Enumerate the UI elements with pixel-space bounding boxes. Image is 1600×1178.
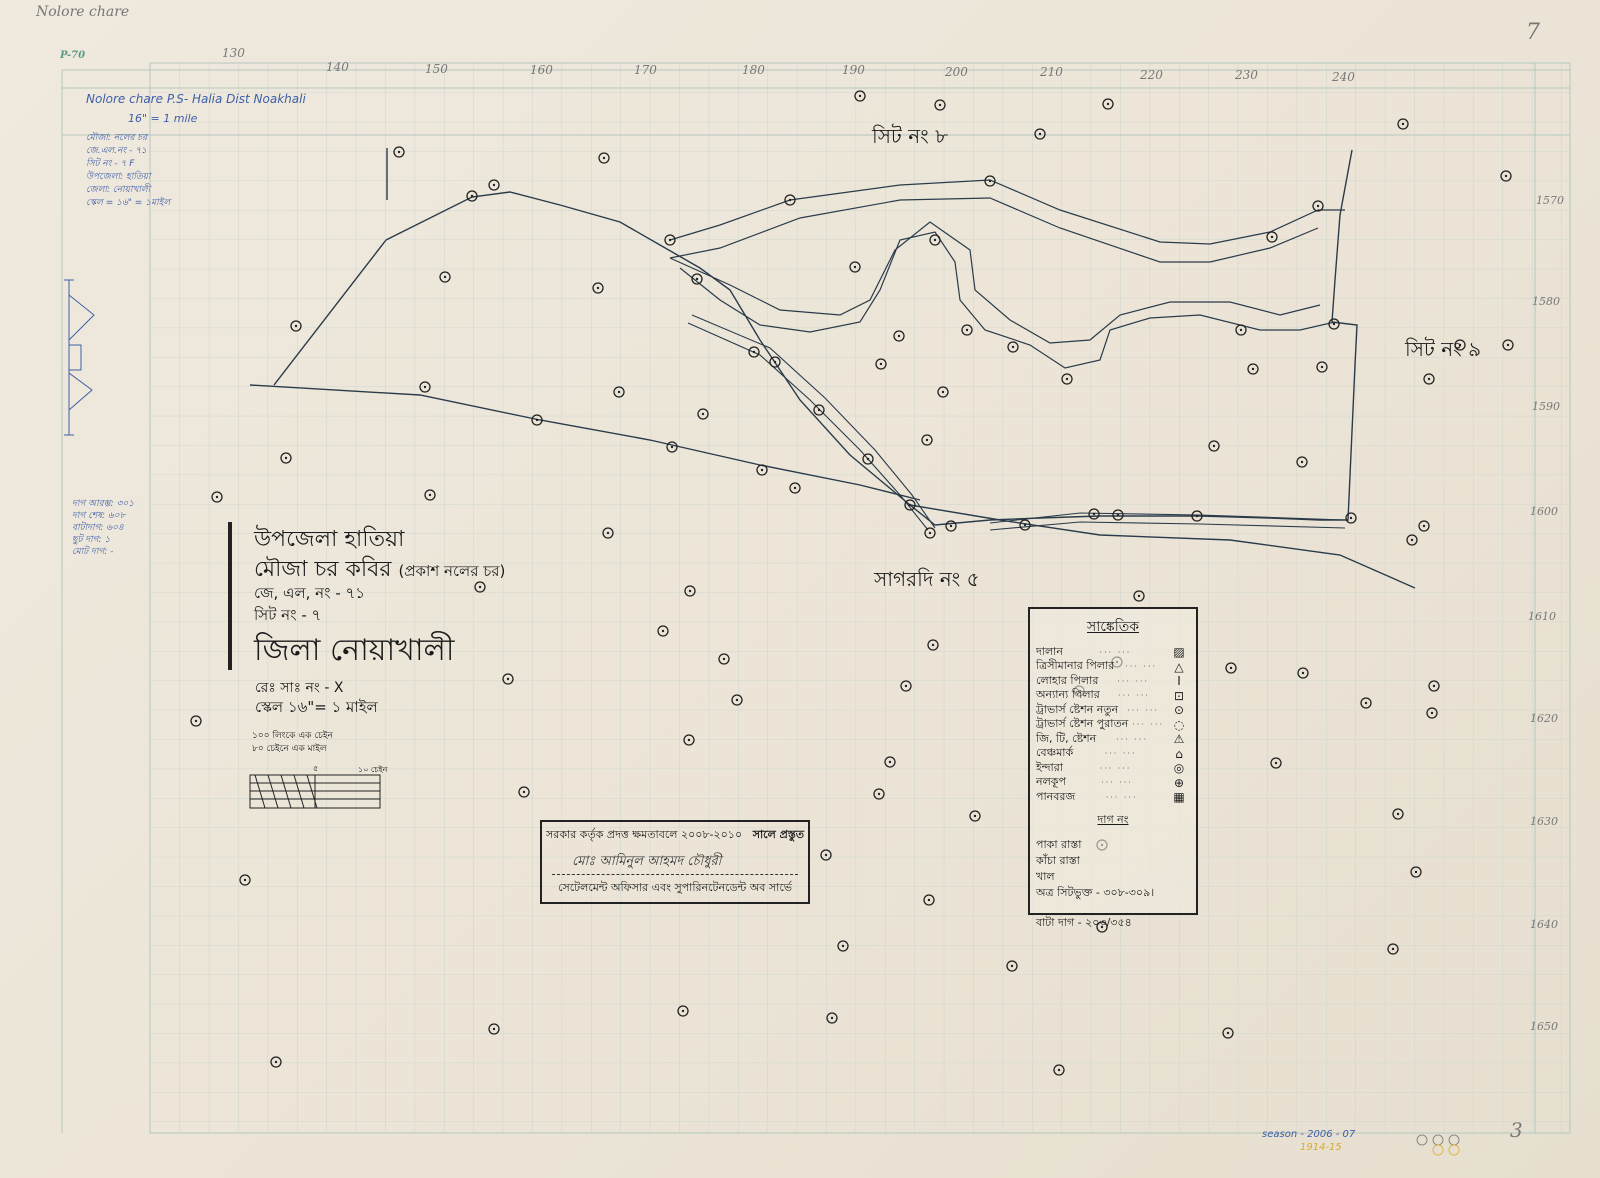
legend-line: খাল <box>1036 868 1190 884</box>
authority-line: সরকার কর্তৃক প্রদত্ত ক্ষমতাবলে ২০০৮-২০১০ <box>546 826 742 845</box>
scale-bar-mid: ৫ <box>313 763 318 776</box>
traverse-new-icon: ⊙ <box>1168 703 1190 717</box>
betel-garden-icon: ▦ <box>1168 790 1190 804</box>
sheet-number: সিট নং - ৭ <box>254 604 574 626</box>
authority-box: সরকার কর্তৃক প্রদত্ত ক্ষমতাবলে ২০০৮-২০১০… <box>540 820 810 904</box>
title-block: উপজেলা হাতিয়া মৌজা চর কবির (প্রকাশ নলের… <box>228 522 574 670</box>
yellow-note: 1914-15 <box>1300 1142 1342 1153</box>
footer-circles <box>1417 1135 1459 1145</box>
legend-subtitle: দাগ নং <box>1036 811 1190 830</box>
upazila-label: উপজেলা হাতিয়া <box>254 522 574 552</box>
chain-note-2: ৮০ চেইনে এক মাইল <box>252 741 327 756</box>
building-icon: ▨ <box>1168 645 1190 659</box>
legend-box: সাঙ্কেতিক দালান··· ···▨ ত্রিসীমানার পিলা… <box>1028 607 1198 915</box>
iron-pillar-icon: I <box>1168 674 1190 688</box>
scale-bar-end: ১০ চেইন <box>358 764 387 777</box>
footer-yellow-circles <box>1433 1145 1459 1155</box>
gt-station-icon: ⚠ <box>1168 732 1190 746</box>
scale-label: স্কেল ১৬"= ১ মাইল <box>255 696 378 721</box>
page-mark-bottom: 3 <box>1510 1118 1523 1142</box>
form-scale-note: 16" = 1 mile <box>128 112 197 125</box>
legend-title: সাঙ্কেতিক <box>1036 615 1190 639</box>
season-note: season - 2006 - 07 <box>1262 1129 1355 1140</box>
sheet-label-south: সাগরদি নং ৫ <box>874 565 980 598</box>
legend-line: অত্র সিটভুক্ত - ৩০৮-৩০৯। <box>1036 884 1190 900</box>
sheet-label-east: সিট নং ৯ <box>1405 335 1481 368</box>
officer-signature: মোঃ আমিনুল আহমদ চৌধুরী <box>572 852 721 873</box>
traverse-old-icon: ◌ <box>1168 718 1190 732</box>
page-mark-top: 7 <box>1526 20 1540 45</box>
triangle-icon: △ <box>1168 660 1190 674</box>
form-handwritten-entry: Nolore chare P.S- Halia Dist Noakhali <box>86 92 306 106</box>
benchmark-icon: ⌂ <box>1168 747 1190 761</box>
legend-item: পানবরজ··· ···▦ <box>1036 790 1190 805</box>
form-blue-notes: মৌজা: নলের চর জে.এল.নং - ৭১ সিট নং - ৭ F… <box>86 132 170 210</box>
mouza-label: মৌজা চর কবির (প্রকাশ নলের চর) <box>254 552 574 582</box>
sheet-label-north: সিট নং ৮ <box>872 122 948 155</box>
bata-dag: বাটা দাগ - ২০৩/৩৫৪ <box>1036 914 1190 930</box>
left-blue-notes: দাগ আরম্ভ: ৩০১ দাগ শেষ: ৬০৮ বাটাদাগ: ৬০৪… <box>72 498 134 558</box>
plot-diagram <box>64 280 94 435</box>
district-label: জিলা নোয়াখালী <box>254 626 574 670</box>
square-pillar-icon: ⊡ <box>1168 689 1190 703</box>
jl-number: জে, এল, নং - ৭১ <box>254 582 574 604</box>
well-icon: ◎ <box>1168 761 1190 775</box>
legend-line: পাকা রাস্তা <box>1036 836 1190 852</box>
map-sheet: Nolore chare P-70 7 3 Nolore chare P.S- … <box>0 0 1600 1178</box>
tubewell-icon: ⊕ <box>1168 776 1190 790</box>
officer-title: সেটেলমেন্ট অফিসার এবং সুপারিনটেনডেন্ট অব… <box>552 874 798 898</box>
form-code: P-70 <box>60 50 85 61</box>
corner-note: Nolore chare <box>36 4 129 20</box>
authority-year-suffix: সালে প্রস্তুত <box>753 826 804 845</box>
legend-line: কাঁচা রাস্তা <box>1036 852 1190 868</box>
mouza-alias: (প্রকাশ নলের চর) <box>399 562 506 580</box>
